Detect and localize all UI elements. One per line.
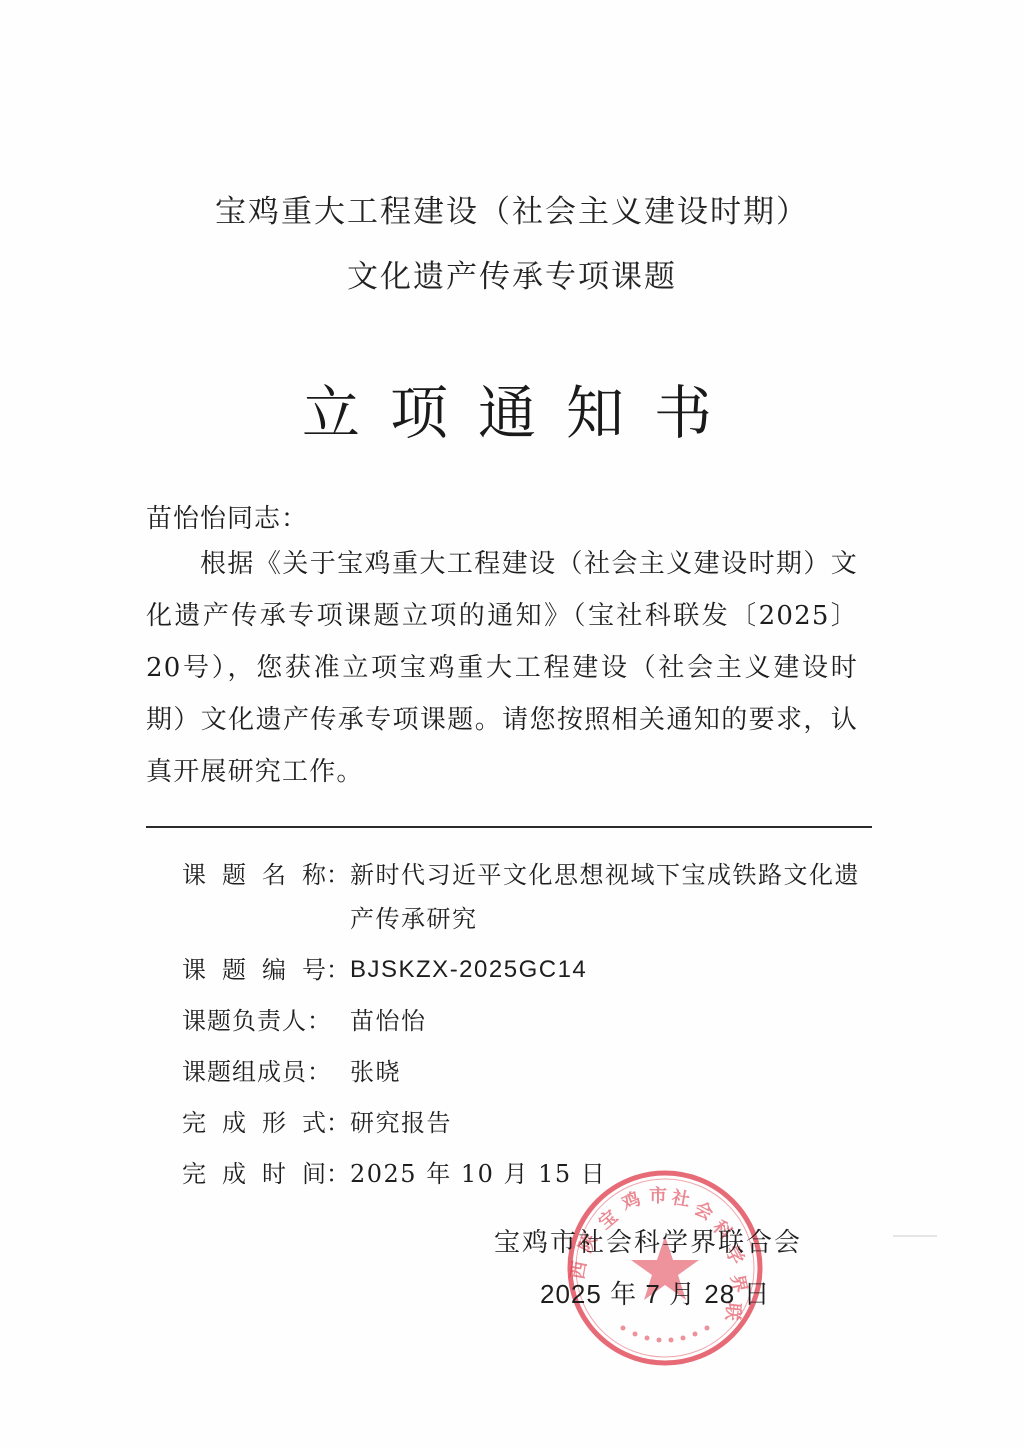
label-char: 名: [262, 860, 286, 890]
issue-date-month-unit: 月: [669, 1280, 696, 1310]
label-text: 课题负责人：: [182, 1006, 332, 1036]
completion-form-value: 研究报告: [350, 1101, 862, 1145]
subtitle-line-1: 宝鸡重大工程建设（社会主义建设时期）: [0, 186, 1024, 231]
label-char: 间：: [302, 1159, 350, 1189]
info-label: 课题负责人：: [182, 1006, 350, 1036]
project-name-value: 新时代习近平文化思想视域下宝成铁路文化遗产传承研究: [350, 853, 862, 941]
info-label: 课 题 名 称：: [182, 860, 350, 890]
project-info-list: 课 题 名 称： 新时代习近平文化思想视域下宝成铁路文化遗产传承研究 课 题 编…: [182, 860, 862, 1210]
issue-date-year-unit: 年: [610, 1280, 637, 1310]
subtitle-line-2: 文化遗产传承专项课题: [0, 251, 1024, 296]
info-label: 完 成 形 式：: [182, 1108, 350, 1138]
info-label: 完 成 时 间：: [182, 1159, 350, 1189]
project-number-value: BJSKZX-2025GC14: [350, 948, 862, 992]
project-leader-value: 苗怡怡: [350, 999, 862, 1043]
scan-artifact-line: [893, 1235, 937, 1237]
section-divider: [146, 826, 872, 828]
label-char: 形: [262, 1108, 286, 1138]
document-page: 宝鸡重大工程建设（社会主义建设时期） 文化遗产传承专项课题 立项通知书 苗怡怡同…: [0, 0, 1024, 1448]
issue-date: 2025 年 7 月 28 日: [540, 1274, 770, 1311]
document-title: 立项通知书: [0, 366, 1024, 450]
info-row-team-members: 课题组成员： 张晓: [182, 1057, 862, 1094]
salutation: 苗怡怡同志：: [146, 498, 308, 535]
svg-text:市: 市: [649, 1185, 667, 1207]
label-text: 课题组成员：: [182, 1057, 332, 1087]
label-char: 完: [182, 1108, 206, 1138]
notice-body: 根据《关于宝鸡重大工程建设（社会主义建设时期）文化遗产传承专项课题立项的通知》（…: [146, 538, 858, 798]
info-row-project-name: 课 题 名 称： 新时代习近平文化思想视域下宝成铁路文化遗产传承研究: [182, 860, 862, 941]
label-char: 成: [222, 1159, 246, 1189]
label-char: 课: [182, 860, 206, 890]
svg-text:社: 社: [669, 1186, 692, 1211]
svg-text:会: 会: [691, 1197, 717, 1225]
info-row-completion-form: 完 成 形 式： 研究报告: [182, 1108, 862, 1145]
label-char: 题: [222, 955, 246, 985]
label-char: 式：: [302, 1108, 350, 1138]
label-char: 完: [182, 1159, 206, 1189]
svg-text:鸡: 鸡: [618, 1187, 644, 1215]
label-char: 成: [222, 1108, 246, 1138]
label-char: 时: [262, 1159, 286, 1189]
issuing-organization: 宝鸡市社会科学界联合会: [494, 1222, 802, 1259]
info-label: 课 题 编 号：: [182, 955, 350, 985]
label-char: 编: [262, 955, 286, 985]
label-char: 课: [182, 955, 206, 985]
issue-date-year: 2025: [540, 1279, 602, 1309]
team-members-value: 张晓: [350, 1050, 862, 1094]
issue-date-month: 7: [645, 1279, 660, 1309]
label-char: 称：: [302, 860, 350, 890]
info-row-project-leader: 课题负责人： 苗怡怡: [182, 1006, 862, 1043]
label-char: 题: [222, 860, 246, 890]
official-red-seal-icon: 宝 鸡 市 社 会 科 学 界 联 陕 西: [565, 1168, 765, 1368]
info-row-project-number: 课 题 编 号： BJSKZX-2025GC14: [182, 955, 862, 992]
info-label: 课题组成员：: [182, 1057, 350, 1087]
issue-date-day: 28: [704, 1279, 735, 1309]
label-char: 号：: [302, 955, 350, 985]
issue-date-day-unit: 日: [743, 1280, 770, 1310]
